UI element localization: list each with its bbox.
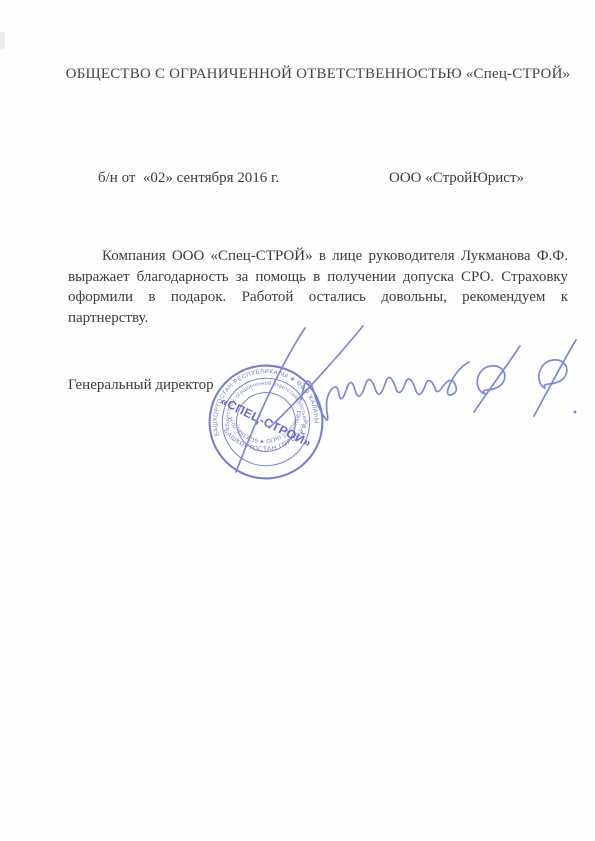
signature-crossstroke (269, 326, 363, 428)
company-header: ОБЩЕСТВО С ОГРАНИЧЕННОЙ ОТВЕТСТВЕННОСТЬЮ… (48, 66, 588, 83)
body-line: выражает благодарность за помощь в получ… (68, 267, 568, 288)
signoff-title: Генеральный директор (68, 377, 214, 394)
signature-initial-f1-slash (474, 346, 520, 412)
body-line: Компания ООО «Спец-СТРОЙ» в лице руковод… (68, 246, 568, 267)
reference-number-date: б/н от «02» сентября 2016 г. (68, 170, 279, 187)
reference-line: б/н от «02» сентября 2016 г. ООО «СтройЮ… (68, 170, 568, 187)
signature-handwriting (223, 318, 587, 486)
scanned-letter-page: ОБЩЕСТВО С ОГРАНИЧЕННОЙ ОТВЕТСТВЕННОСТЬЮ… (0, 0, 595, 841)
signature-upstroke (236, 328, 305, 472)
addressee: ООО «СтройЮрист» (389, 170, 524, 187)
scan-artifact (0, 32, 5, 49)
signature-name-scrawl (301, 362, 469, 420)
signature-name: Лукманов Ф. Ф. (0, 0, 1, 1)
signature-initial-f1-loop (477, 366, 505, 394)
signature-period-dot (574, 411, 577, 414)
letter-body: Компания ООО «Спец-СТРОЙ» в лице руковод… (68, 246, 568, 328)
signature-initial-f2-slash (534, 340, 576, 416)
